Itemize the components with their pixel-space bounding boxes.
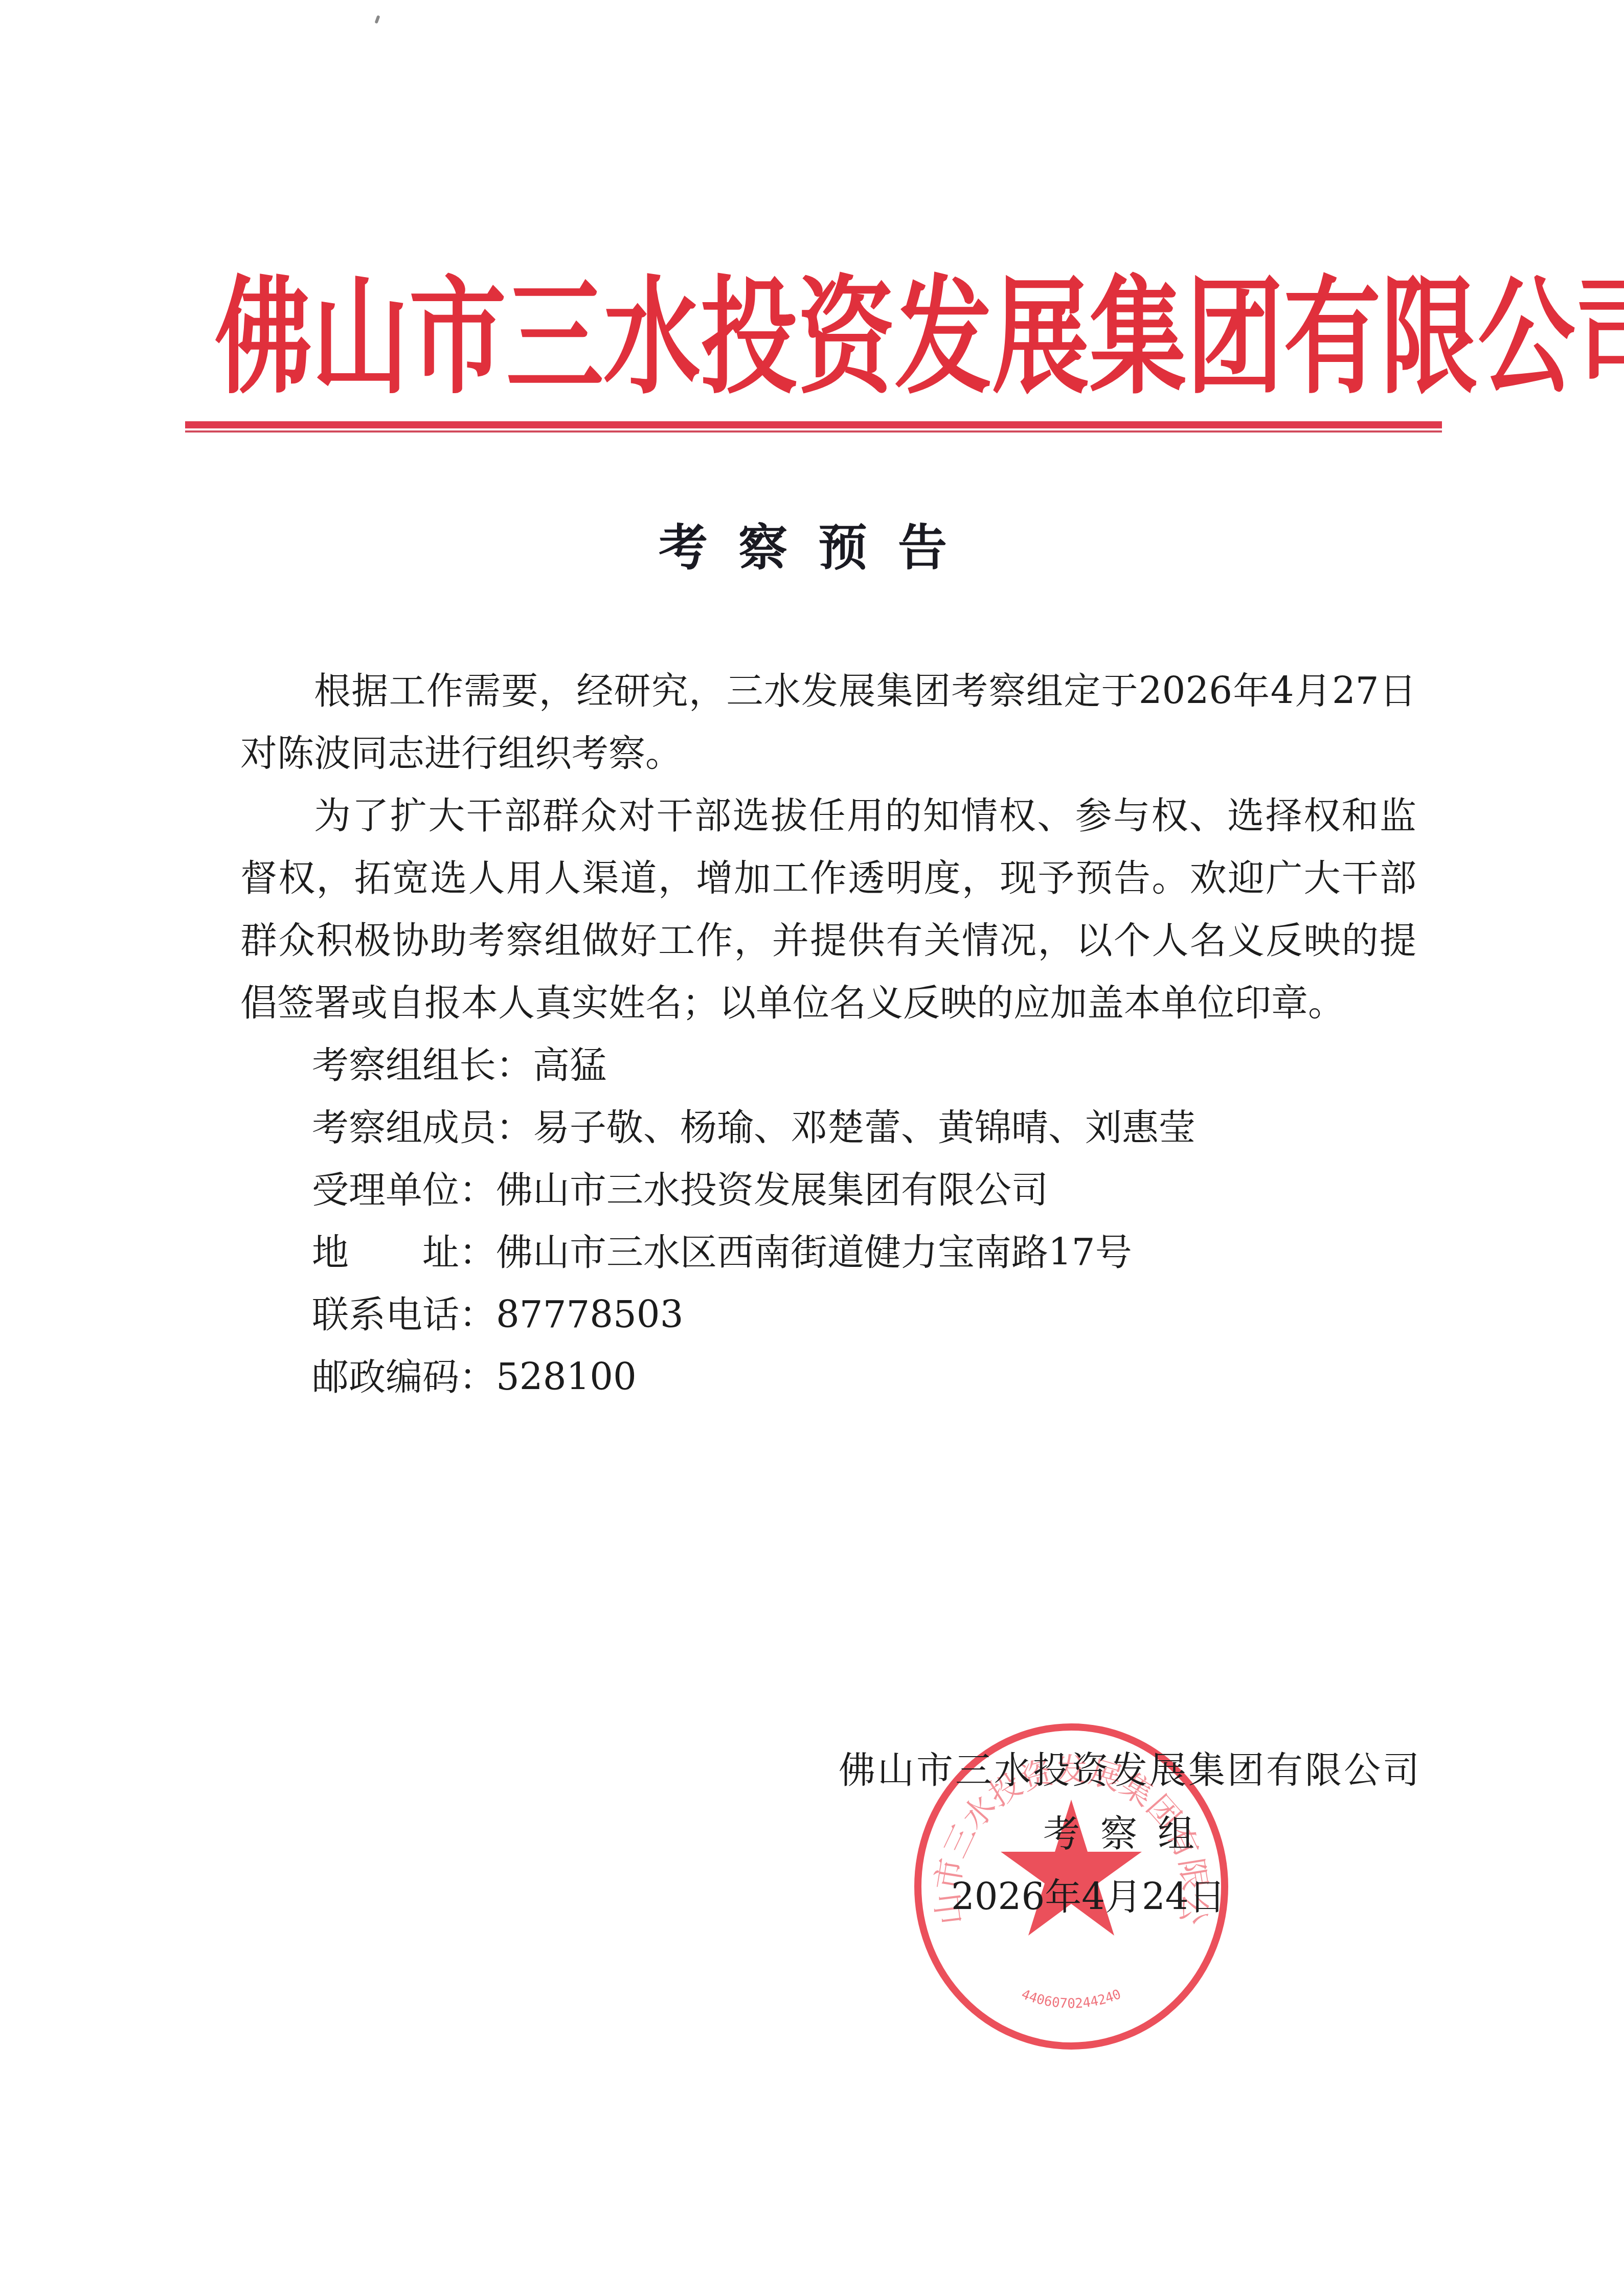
field-address: 地 址：佛山市三水区西南街道健力宝南路17号 <box>240 1221 1416 1283</box>
field-value: 87778503 <box>496 1293 683 1336</box>
signature-org: 佛山市三水投资发展集团有限公司 <box>767 1738 1422 1802</box>
seal-code: 4406070244240 <box>1019 1987 1123 2012</box>
masthead-char: 三 <box>506 275 603 401</box>
field-receiving-unit: 受理单位：佛山市三水投资发展集团有限公司 <box>240 1158 1416 1221</box>
masthead-rule-thick <box>185 421 1442 428</box>
field-value: 佛山市三水区西南街道健力宝南路17号 <box>496 1231 1132 1274</box>
field-label: 地 址： <box>312 1231 496 1274</box>
signature-date: 2026年4月24日 <box>767 1865 1422 1928</box>
svg-text:4406070244240: 4406070244240 <box>1019 1987 1123 2012</box>
scan-artifact <box>374 15 380 24</box>
masthead-char: 团 <box>1186 275 1283 401</box>
signature-block: 佛山市三水投资发展集团有限公司 考察组 2026年4月24日 <box>767 1738 1422 1928</box>
field-label: 邮政编码： <box>312 1355 496 1398</box>
masthead-char: 有 <box>1283 275 1381 401</box>
field-phone: 联系电话：87778503 <box>240 1283 1416 1346</box>
field-value: 佛山市三水投资发展集团有限公司 <box>496 1168 1048 1211</box>
document-title: 考察预告 <box>639 509 997 579</box>
masthead-org-name: 佛 山 市 三 水 投 资 发 展 集 团 有 限 公 司 <box>215 271 1422 404</box>
masthead-char: 水 <box>603 275 701 401</box>
signature-dept: 考察组 <box>767 1802 1422 1865</box>
masthead-char: 山 <box>312 275 409 401</box>
masthead-char: 集 <box>1089 275 1186 401</box>
masthead-char: 公 <box>1478 275 1575 401</box>
field-team-leader: 考察组组长：高猛 <box>240 1034 1416 1096</box>
document-body: 根据工作需要，经研究，三水发展集团考察组定于2026年4月27日对陈波同志进行组… <box>240 660 1416 1408</box>
field-value: 528100 <box>496 1355 637 1398</box>
field-team-members: 考察组成员：易子敬、杨瑜、邓楚蕾、黄锦晴、刘惠莹 <box>240 1096 1416 1158</box>
masthead-char: 限 <box>1381 275 1478 401</box>
masthead-char: 展 <box>992 275 1089 401</box>
body-paragraph: 根据工作需要，经研究，三水发展集团考察组定于2026年4月27日对陈波同志进行组… <box>240 660 1416 784</box>
masthead-char: 司 <box>1575 275 1624 401</box>
masthead-char: 佛 <box>215 275 312 401</box>
field-label: 受理单位： <box>312 1168 496 1211</box>
field-value: 易子敬、杨瑜、邓楚蕾、黄锦晴、刘惠莹 <box>533 1106 1196 1149</box>
masthead-char: 资 <box>798 275 895 401</box>
body-paragraph: 为了扩大干部群众对干部选拔任用的知情权、参与权、选择权和监督权，拓宽选人用人渠道… <box>240 784 1416 1034</box>
masthead-char: 市 <box>409 275 506 401</box>
masthead-char: 发 <box>895 275 992 401</box>
masthead-char: 投 <box>701 275 798 401</box>
field-value: 高猛 <box>533 1043 606 1086</box>
field-label: 联系电话： <box>312 1293 496 1336</box>
field-label: 考察组组长： <box>312 1043 533 1086</box>
field-label: 考察组成员： <box>312 1106 533 1149</box>
masthead-rule-thin <box>185 430 1442 433</box>
field-postcode: 邮政编码：528100 <box>240 1346 1416 1408</box>
